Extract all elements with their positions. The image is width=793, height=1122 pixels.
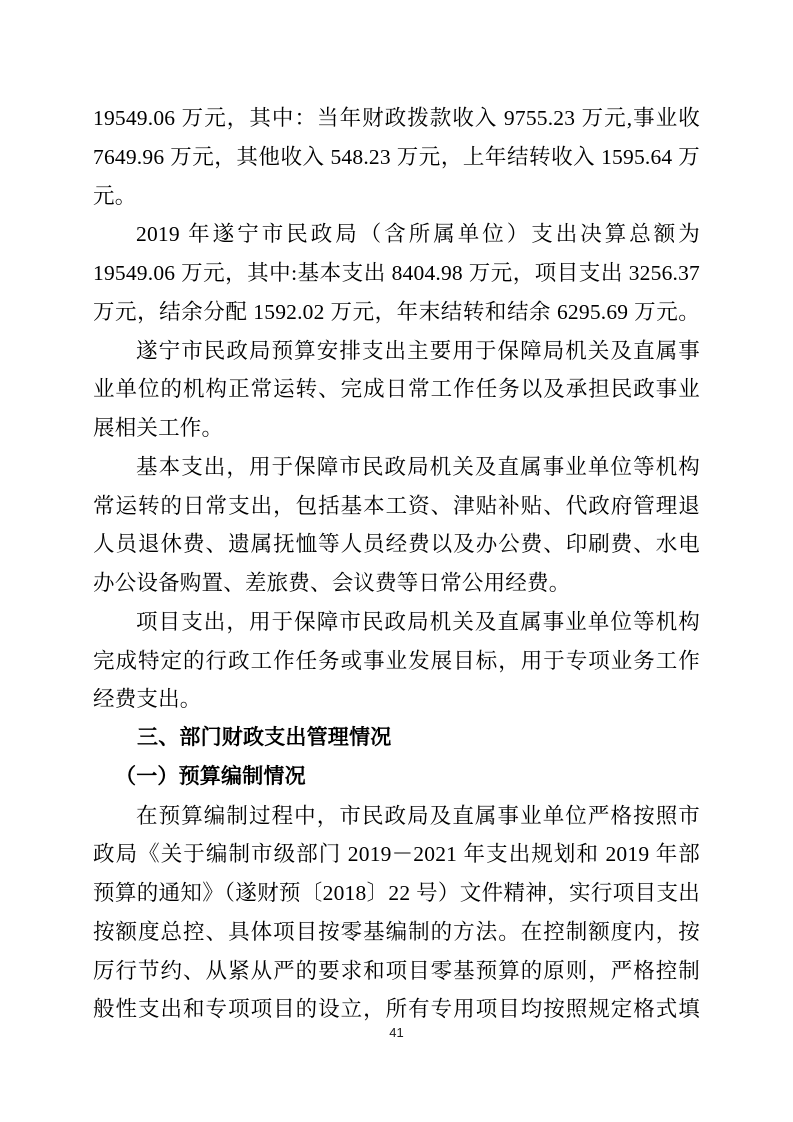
body-line: 基本支出，用于保障市民政局机关及直属事业单位等机构正	[93, 448, 700, 487]
body-line: 遂宁市民政局预算安排支出主要用于保障局机关及直属事	[93, 332, 700, 371]
body-line: 人员退休费、遗属抚恤等人员经费以及办公费、印刷费、水电费、	[93, 525, 700, 564]
body-line: 元。	[93, 177, 700, 216]
paragraph-basic-expenditure: 基本支出，用于保障市民政局机关及直属事业单位等机构正 常运转的日常支出，包括基本…	[93, 448, 700, 603]
body-line: 展相关工作。	[93, 409, 700, 448]
document-body: { "page": { "number": "41" }, "document"…	[0, 0, 793, 1122]
body-line: 完成特定的行政工作任务或事业发展目标，用于专项业务工作的	[93, 642, 700, 681]
body-line: 2019 年遂宁市民政局（含所属单位）支出决算总额为	[93, 215, 700, 254]
paragraph-project-expenditure: 项目支出，用于保障市民政局机关及直属事业单位等机构为 完成特定的行政工作任务或事…	[93, 603, 700, 719]
body-line: 政局《关于编制市级部门 2019－2021 年支出规划和 2019 年部门	[93, 835, 700, 874]
body-line: 项目支出，用于保障市民政局机关及直属事业单位等机构为	[93, 603, 700, 642]
body-line: 按额度总控、具体项目按零基编制的方法。在控制额度内，按照	[93, 913, 700, 952]
page-content: 19549.06 万元，其中：当年财政拨款收入 9755.23 万元,事业收入 …	[93, 99, 700, 1029]
paragraph-budget-compilation: 在预算编制过程中，市民政局及直属事业单位严格按照市财 政局《关于编制市级部门 2…	[93, 797, 700, 1030]
section-heading-management: 三、部门财政支出管理情况	[93, 719, 700, 758]
body-line: 7649.96 万元，其他收入 548.23 万元，上年结转收入 1595.64…	[93, 138, 700, 177]
paragraph-budget-purpose: 遂宁市民政局预算安排支出主要用于保障局机关及直属事 业单位的机构正常运转、完成日…	[93, 332, 700, 448]
page-number: 41	[0, 1024, 793, 1042]
paragraph-income-continued: 19549.06 万元，其中：当年财政拨款收入 9755.23 万元,事业收入 …	[93, 99, 700, 215]
body-line: 厉行节约、从紧从严的要求和项目零基预算的原则，严格控制一	[93, 952, 700, 991]
paragraph-expenditure-total: 2019 年遂宁市民政局（含所属单位）支出决算总额为 19549.06 万元，其…	[93, 215, 700, 331]
body-line: 办公设备购置、差旅费、会议费等日常公用经费。	[93, 564, 700, 603]
body-line: 19549.06 万元，其中:基本支出 8404.98 万元，项目支出 3256…	[93, 254, 700, 293]
body-line: 业单位的机构正常运转、完成日常工作任务以及承担民政事业发	[93, 370, 700, 409]
subsection-heading-budget-compilation: （一）预算编制情况	[93, 758, 700, 797]
body-line: 经费支出。	[93, 680, 700, 719]
document-page: 19549.06 万元，其中：当年财政拨款收入 9755.23 万元,事业收入 …	[0, 0, 793, 1122]
body-line: 预算的通知》（遂财预〔2018〕22 号）文件精神，实行项目支出	[93, 874, 700, 913]
body-line: 在预算编制过程中，市民政局及直属事业单位严格按照市财	[93, 797, 700, 836]
body-line: 常运转的日常支出，包括基本工资、津贴补贴、代政府管理退休	[93, 487, 700, 526]
body-line: 万元，结余分配 1592.02 万元，年末结转和结余 6295.69 万元。	[93, 293, 700, 332]
body-line: 19549.06 万元，其中：当年财政拨款收入 9755.23 万元,事业收入	[93, 99, 700, 138]
